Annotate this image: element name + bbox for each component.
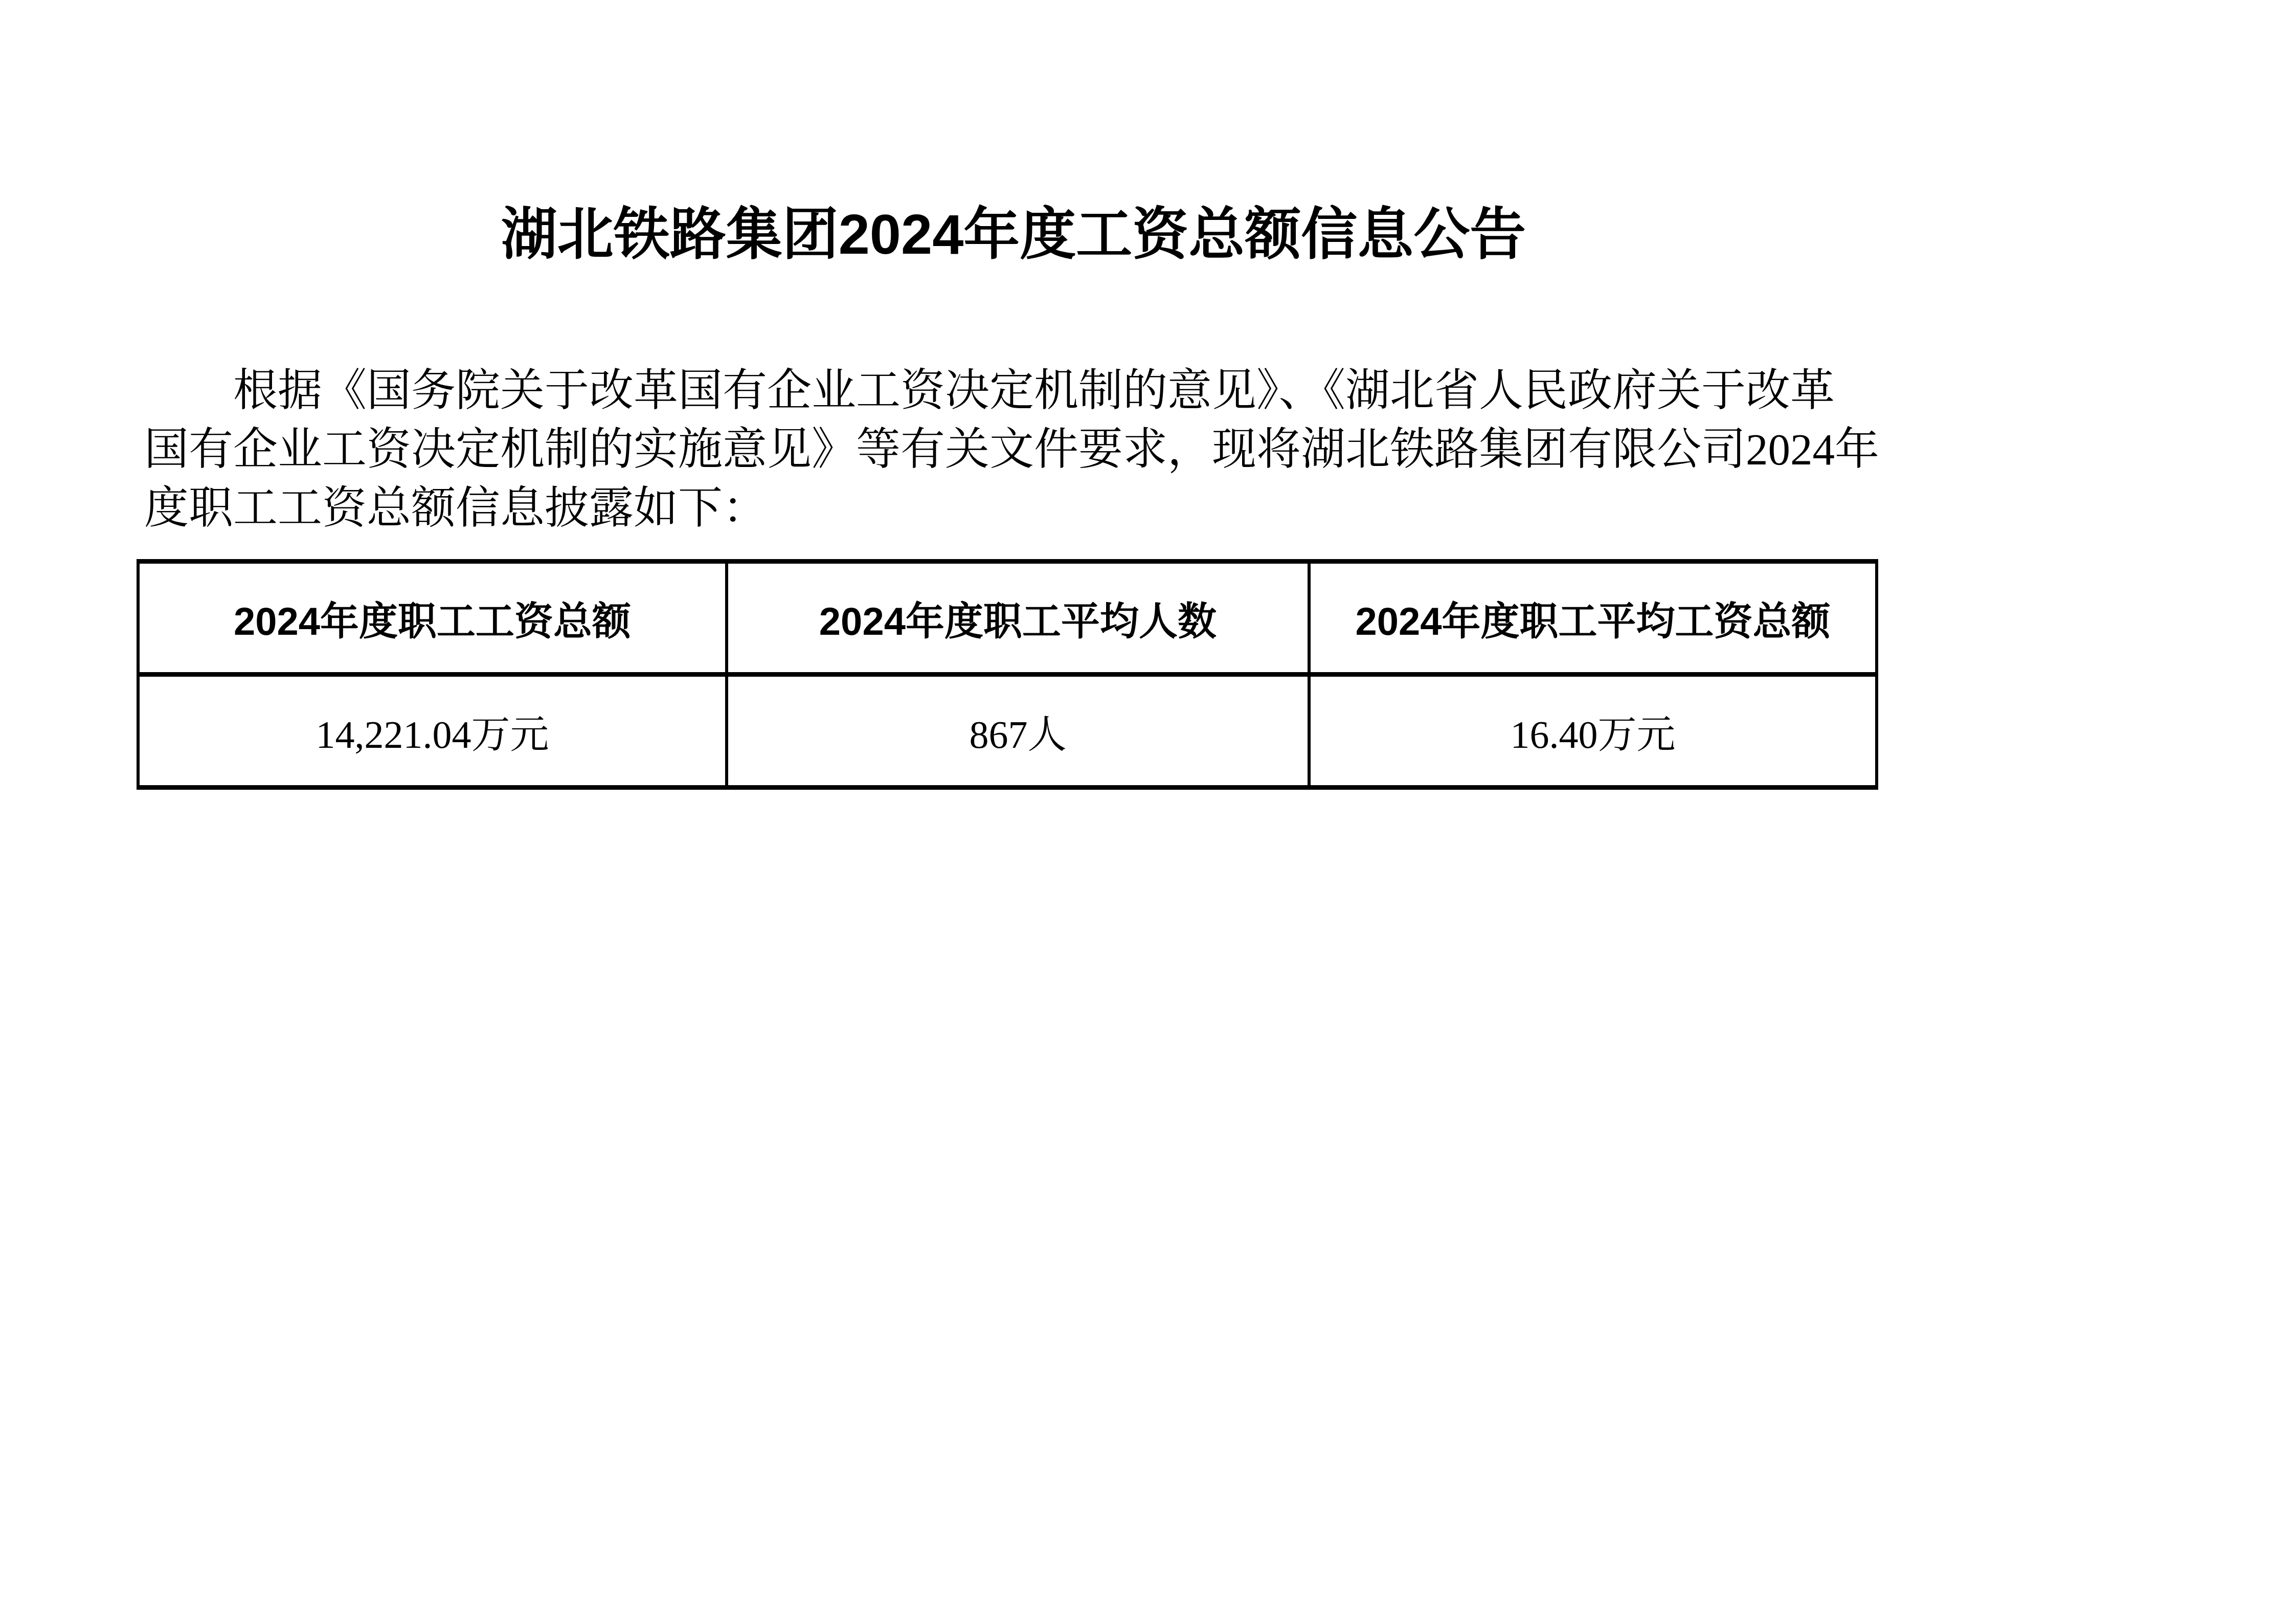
wage-table: 2024年度职工工资总额 2024年度职工平均人数 2024年度职工平均工资总额… [137, 559, 1878, 790]
paragraph-line-2: 国有企业工资决定机制的实施意见》等有关文件要求，现将湖北铁路集团有限公司2024… [144, 420, 1883, 479]
header-cell-total-wages: 2024年度职工工资总额 [138, 562, 727, 675]
data-cell-average-headcount: 867人 [727, 675, 1309, 788]
header-cell-average-headcount: 2024年度职工平均人数 [727, 562, 1309, 675]
header-cell-average-wage: 2024年度职工平均工资总额 [1309, 562, 1877, 675]
table-data-row: 14,221.04万元 867人 16.40万元 [138, 675, 1877, 788]
table-header-row: 2024年度职工工资总额 2024年度职工平均人数 2024年度职工平均工资总额 [138, 562, 1877, 675]
page-title: 湖北铁路集团2024年度工资总额信息公告 [144, 199, 1883, 271]
data-cell-average-wage: 16.40万元 [1309, 675, 1877, 788]
paragraph-line-1: 根据《国务院关于改革国有企业工资决定机制的意见》、《湖北省人民政府关于改革 [144, 361, 1883, 420]
data-cell-total-wages: 14,221.04万元 [138, 675, 727, 788]
intro-paragraph: 根据《国务院关于改革国有企业工资决定机制的意见》、《湖北省人民政府关于改革 国有… [144, 361, 1883, 538]
paragraph-line-3: 度职工工资总额信息披露如下： [144, 479, 1883, 538]
document-page: 湖北铁路集团2024年度工资总额信息公告 根据《国务院关于改革国有企业工资决定机… [0, 0, 2296, 1624]
